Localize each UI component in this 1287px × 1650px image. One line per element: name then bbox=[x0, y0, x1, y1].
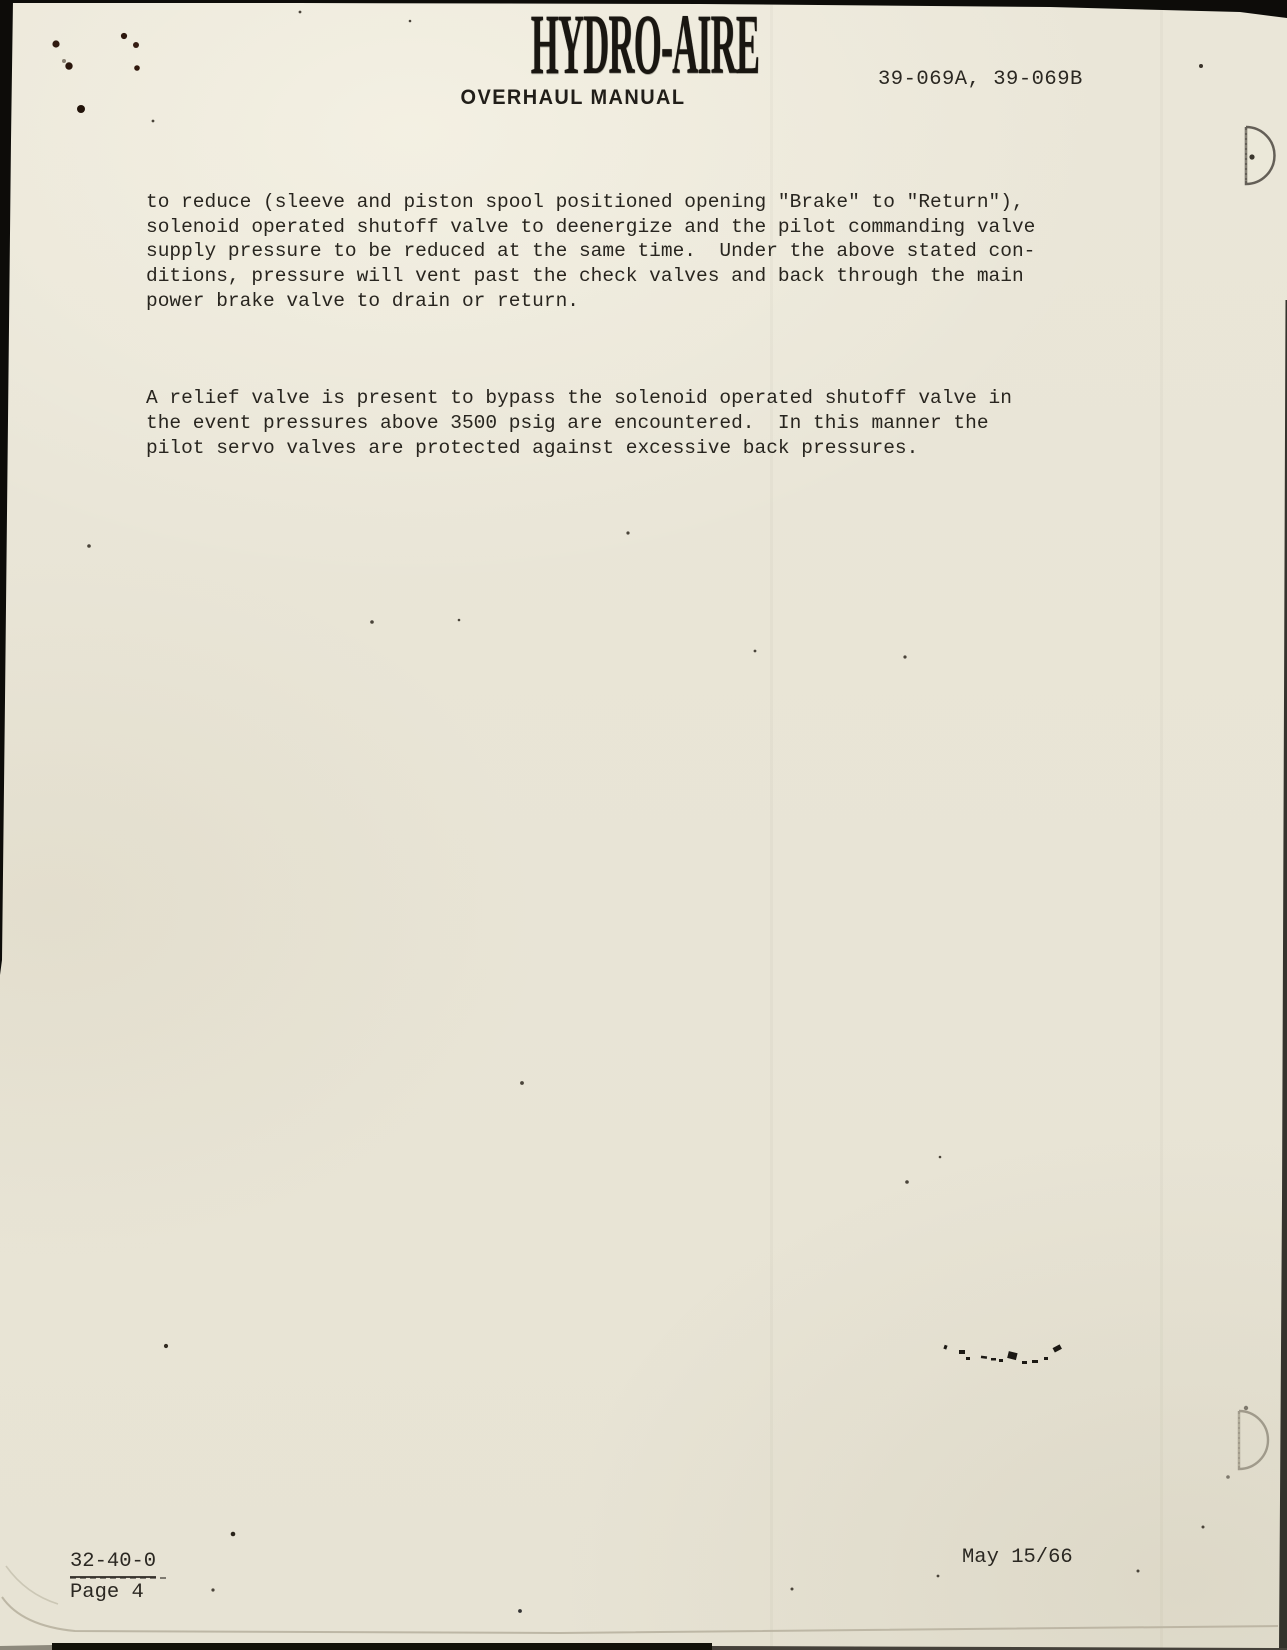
scanned-manual-page: HYDRO-AIRE OVERHAUL MANUAL 39-069A, 39-0… bbox=[0, 0, 1287, 1650]
pencil-scribble-smudge bbox=[943, 1344, 1062, 1364]
company-logo: HYDRO-AIRE bbox=[373, 4, 773, 84]
section-number: 32-40-0 bbox=[70, 1549, 156, 1578]
page-crease-line bbox=[2, 1597, 1278, 1633]
punch-hole-shadow-bottom bbox=[1226, 1406, 1268, 1479]
scan-edge-bottom-left-gray bbox=[0, 1645, 52, 1650]
scan-edge-bottom-gray bbox=[712, 1646, 1287, 1650]
punch-hole-shadow-top bbox=[1246, 127, 1274, 184]
scan-edge-bottom-dark bbox=[52, 1643, 712, 1650]
ink-speck-cluster bbox=[52, 33, 139, 113]
scan-streak bbox=[1160, 0, 1163, 1650]
document-numbers: 39-069A, 39-069B bbox=[878, 68, 1083, 91]
footer-left: 32-40-0 Page 4 bbox=[70, 1549, 166, 1606]
paragraph-2: A relief valve is present to bypass the … bbox=[146, 386, 1106, 460]
revision-date: May 15/66 bbox=[962, 1546, 1073, 1569]
manual-title: OVERHAUL MANUAL bbox=[383, 86, 763, 110]
body-text: to reduce (sleeve and piston spool posit… bbox=[146, 141, 1106, 533]
paragraph-1: to reduce (sleeve and piston spool posit… bbox=[146, 190, 1106, 313]
company-logo-text: HYDRO-AIRE bbox=[531, 4, 759, 84]
scan-edge-right bbox=[1279, 300, 1287, 1650]
page-number: Page 4 bbox=[70, 1580, 166, 1606]
page-corner-crease bbox=[6, 1566, 58, 1604]
scan-edge-left bbox=[0, 0, 13, 975]
